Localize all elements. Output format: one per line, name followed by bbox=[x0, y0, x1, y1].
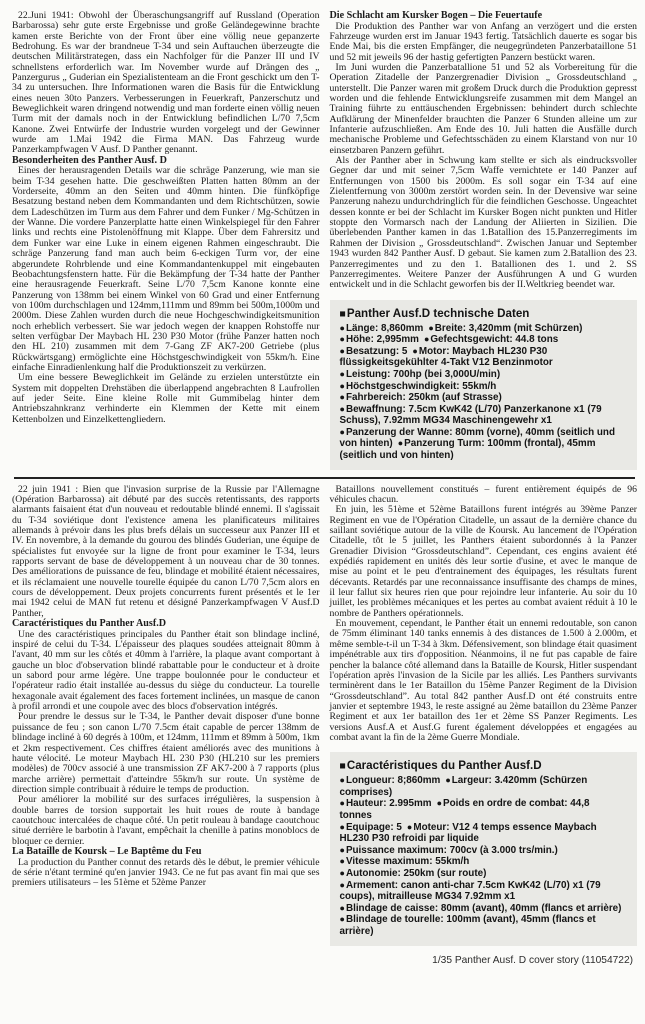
bullet-icon: ● bbox=[340, 369, 345, 379]
bullet-icon: ● bbox=[340, 868, 345, 878]
spec-item: ●Bewaffnung: 7.5cm KwK42 (L/70) Panzerka… bbox=[340, 404, 602, 427]
specs-rows-french: ●Longueur: 8;860mm●Largeur: 3.420mm (Sch… bbox=[340, 775, 629, 937]
paragraph-german-intro: 22.Juni 1941: Obwohl der Überaschungsang… bbox=[12, 11, 320, 156]
spec-item: ●Hauteur: 2.995mm bbox=[340, 798, 432, 809]
spec-row: ●Leistung: 700hp (bei 3,000U/min) bbox=[340, 369, 629, 381]
bullet-icon: ● bbox=[340, 381, 345, 391]
document-page: 22.Juni 1941: Obwohl der Überaschungsang… bbox=[0, 0, 645, 1024]
spec-item: ●Equipage: 5 bbox=[340, 822, 402, 833]
bullet-icon: ● bbox=[445, 775, 450, 785]
square-icon: ■ bbox=[340, 760, 346, 772]
specs-title-text: Panther Ausf.D technische Daten bbox=[347, 307, 530, 320]
bullet-icon: ● bbox=[437, 798, 442, 808]
bullet-icon: ● bbox=[340, 346, 345, 356]
spec-row: ●Besatzung: 5●Motor: Maybach HL230 P30 f… bbox=[340, 346, 629, 369]
paragraph-german-production: Die Produktion des Panther war von Anfan… bbox=[330, 22, 638, 63]
bullet-icon: ● bbox=[340, 914, 345, 924]
specs-box-french: ■Caractéristiques du Panther Ausf.D ●Lon… bbox=[330, 752, 638, 945]
french-section: 22 juin 1941 : Bien que l'invasion surpr… bbox=[12, 485, 637, 966]
spec-row: ●Equipage: 5●Moteur: V12 4 temps essence… bbox=[340, 822, 629, 845]
bullet-icon: ● bbox=[428, 323, 433, 333]
specs-box-german: ■Panther Ausf.D technische Daten ●Länge:… bbox=[330, 300, 638, 470]
spec-item: ●Autonomie: 250km (sur route) bbox=[340, 868, 487, 879]
heading-kursk-german: Die Schlacht am Kursker Bogen – Die Feue… bbox=[330, 11, 638, 22]
spec-item: ●Vitesse maximum: 55km/h bbox=[340, 856, 470, 867]
spec-item: ●Höchstgeschwindigkeit: 55km/h bbox=[340, 381, 497, 392]
bullet-icon: ● bbox=[340, 845, 345, 855]
spec-item: ●Fahrbereich: 250km (auf Strasse) bbox=[340, 392, 502, 403]
specs-rows-german: ●Länge: 8,860mm●Breite: 3,420mm (mit Sch… bbox=[340, 323, 629, 462]
bullet-icon: ● bbox=[340, 798, 345, 808]
specs-title-text: Caractéristiques du Panther Ausf.D bbox=[347, 759, 542, 772]
paragraph-german-suspension: Um eine bessere Beweglichkeit im Gelände… bbox=[12, 373, 320, 425]
spec-row: ●Autonomie: 250km (sur route) bbox=[340, 868, 629, 880]
spec-item: ●Breite: 3,420mm (mit Schürzen) bbox=[428, 323, 582, 334]
spec-item: ●Länge: 8,860mm bbox=[340, 323, 424, 334]
bullet-icon: ● bbox=[340, 392, 345, 402]
bullet-icon: ● bbox=[412, 346, 417, 356]
paragraph-french-armor: Une des caractéristiques principales du … bbox=[12, 630, 320, 713]
bullet-icon: ● bbox=[340, 822, 345, 832]
paragraph-german-features: Eines der herausragenden Details war die… bbox=[12, 166, 320, 373]
spec-row: ●Länge: 8,860mm●Breite: 3,420mm (mit Sch… bbox=[340, 323, 629, 335]
bullet-icon: ● bbox=[340, 404, 345, 414]
bullet-icon: ● bbox=[340, 856, 345, 866]
paragraph-french-suspension: Pour améliorer la mobilité sur des surfa… bbox=[12, 795, 320, 847]
spec-item: ●Höhe: 2,995mm bbox=[340, 334, 419, 345]
bullet-icon: ● bbox=[340, 323, 345, 333]
german-section: 22.Juni 1941: Obwohl der Überaschungsang… bbox=[12, 11, 637, 470]
footer-caption: 1/35 Panther Ausf. D cover story (110547… bbox=[330, 955, 638, 966]
spec-item: ●Besatzung: 5 bbox=[340, 346, 408, 357]
heading-koursk-french: La Bataille de Koursk – Le Baptême du Fe… bbox=[12, 847, 320, 858]
spec-item: ●Armement: canon anti-char 7.5cm KwK42 (… bbox=[340, 880, 601, 903]
spec-row: ●Höchstgeschwindigkeit: 55km/h bbox=[340, 381, 629, 393]
french-left-column: 22 juin 1941 : Bien que l'invasion surpr… bbox=[12, 485, 320, 966]
german-right-column: Die Schlacht am Kursker Bogen – Die Feue… bbox=[330, 11, 638, 470]
bullet-icon: ● bbox=[407, 822, 412, 832]
spec-row: ●Puissance maximum: 700cv (à 3.000 trs/m… bbox=[340, 845, 629, 857]
bullet-icon: ● bbox=[340, 334, 345, 344]
spec-row: ●Höhe: 2,995mm●Gefechtsgewicht: 44.8 ton… bbox=[340, 334, 629, 346]
specs-title-german: ■Panther Ausf.D technische Daten bbox=[340, 307, 629, 321]
german-left-column: 22.Juni 1941: Obwohl der Überaschungsang… bbox=[12, 11, 320, 470]
spec-item: ●Longueur: 8;860mm bbox=[340, 775, 441, 786]
bullet-icon: ● bbox=[340, 427, 345, 437]
bullet-icon: ● bbox=[424, 334, 429, 344]
bullet-icon: ● bbox=[340, 880, 345, 890]
spec-row: ●Vitesse maximum: 55km/h bbox=[340, 856, 629, 868]
paragraph-french-citadelle: En juin, les 51ème et 52ème Bataillons f… bbox=[330, 505, 638, 619]
spec-row: ●Panzerung der Wanne: 80mm (vorne), 40mm… bbox=[340, 427, 629, 462]
spec-item: ●Leistung: 700hp (bei 3,000U/min) bbox=[340, 369, 501, 380]
spec-row: ●Armement: canon anti-char 7.5cm KwK42 (… bbox=[340, 880, 629, 903]
spec-row: ●Longueur: 8;860mm●Largeur: 3.420mm (Sch… bbox=[340, 775, 629, 798]
spec-item: ●Blindage de tourelle: 100mm (avant), 45… bbox=[340, 914, 596, 937]
paragraph-german-zitadelle: Im Juni wurden die Panzerbatallione 51 u… bbox=[330, 63, 638, 156]
spec-row: ●Bewaffnung: 7.5cm KwK42 (L/70) Panzerka… bbox=[340, 404, 629, 427]
specs-title-french: ■Caractéristiques du Panther Ausf.D bbox=[340, 759, 629, 773]
bullet-icon: ● bbox=[398, 438, 403, 448]
bullet-icon: ● bbox=[340, 775, 345, 785]
paragraph-french-production: La production du Panther connut des reta… bbox=[12, 858, 320, 889]
spec-row: ●Hauteur: 2.995mm●Poids en ordre de comb… bbox=[340, 798, 629, 821]
spec-item: ●Gefechtsgewicht: 44.8 tons bbox=[424, 334, 558, 345]
spec-row: ●Blindage de caisse: 80mm (avant), 40mm … bbox=[340, 903, 629, 915]
paragraph-german-combat: Als der Panther aber in Schwung kam stel… bbox=[330, 156, 638, 290]
paragraph-french-intro: 22 juin 1941 : Bien que l'invasion surpr… bbox=[12, 485, 320, 619]
square-icon: ■ bbox=[340, 308, 346, 320]
spec-item: ●Puissance maximum: 700cv (à 3.000 trs/m… bbox=[340, 845, 558, 856]
paragraph-french-firepower: Pour prendre le dessus sur le T-34, le P… bbox=[12, 712, 320, 795]
spec-row: ●Fahrbereich: 250km (auf Strasse) bbox=[340, 392, 629, 404]
spec-row: ●Blindage de tourelle: 100mm (avant), 45… bbox=[340, 914, 629, 937]
paragraph-french-combat: En mouvement, cependant, le Panther étai… bbox=[330, 619, 638, 743]
bullet-icon: ● bbox=[340, 903, 345, 913]
section-divider bbox=[14, 477, 635, 479]
paragraph-french-battalions: Bataillons nouvellement constitués – fur… bbox=[330, 485, 638, 506]
spec-item: ●Blindage de caisse: 80mm (avant), 40mm … bbox=[340, 903, 622, 914]
french-right-column: Bataillons nouvellement constitués – fur… bbox=[330, 485, 638, 966]
